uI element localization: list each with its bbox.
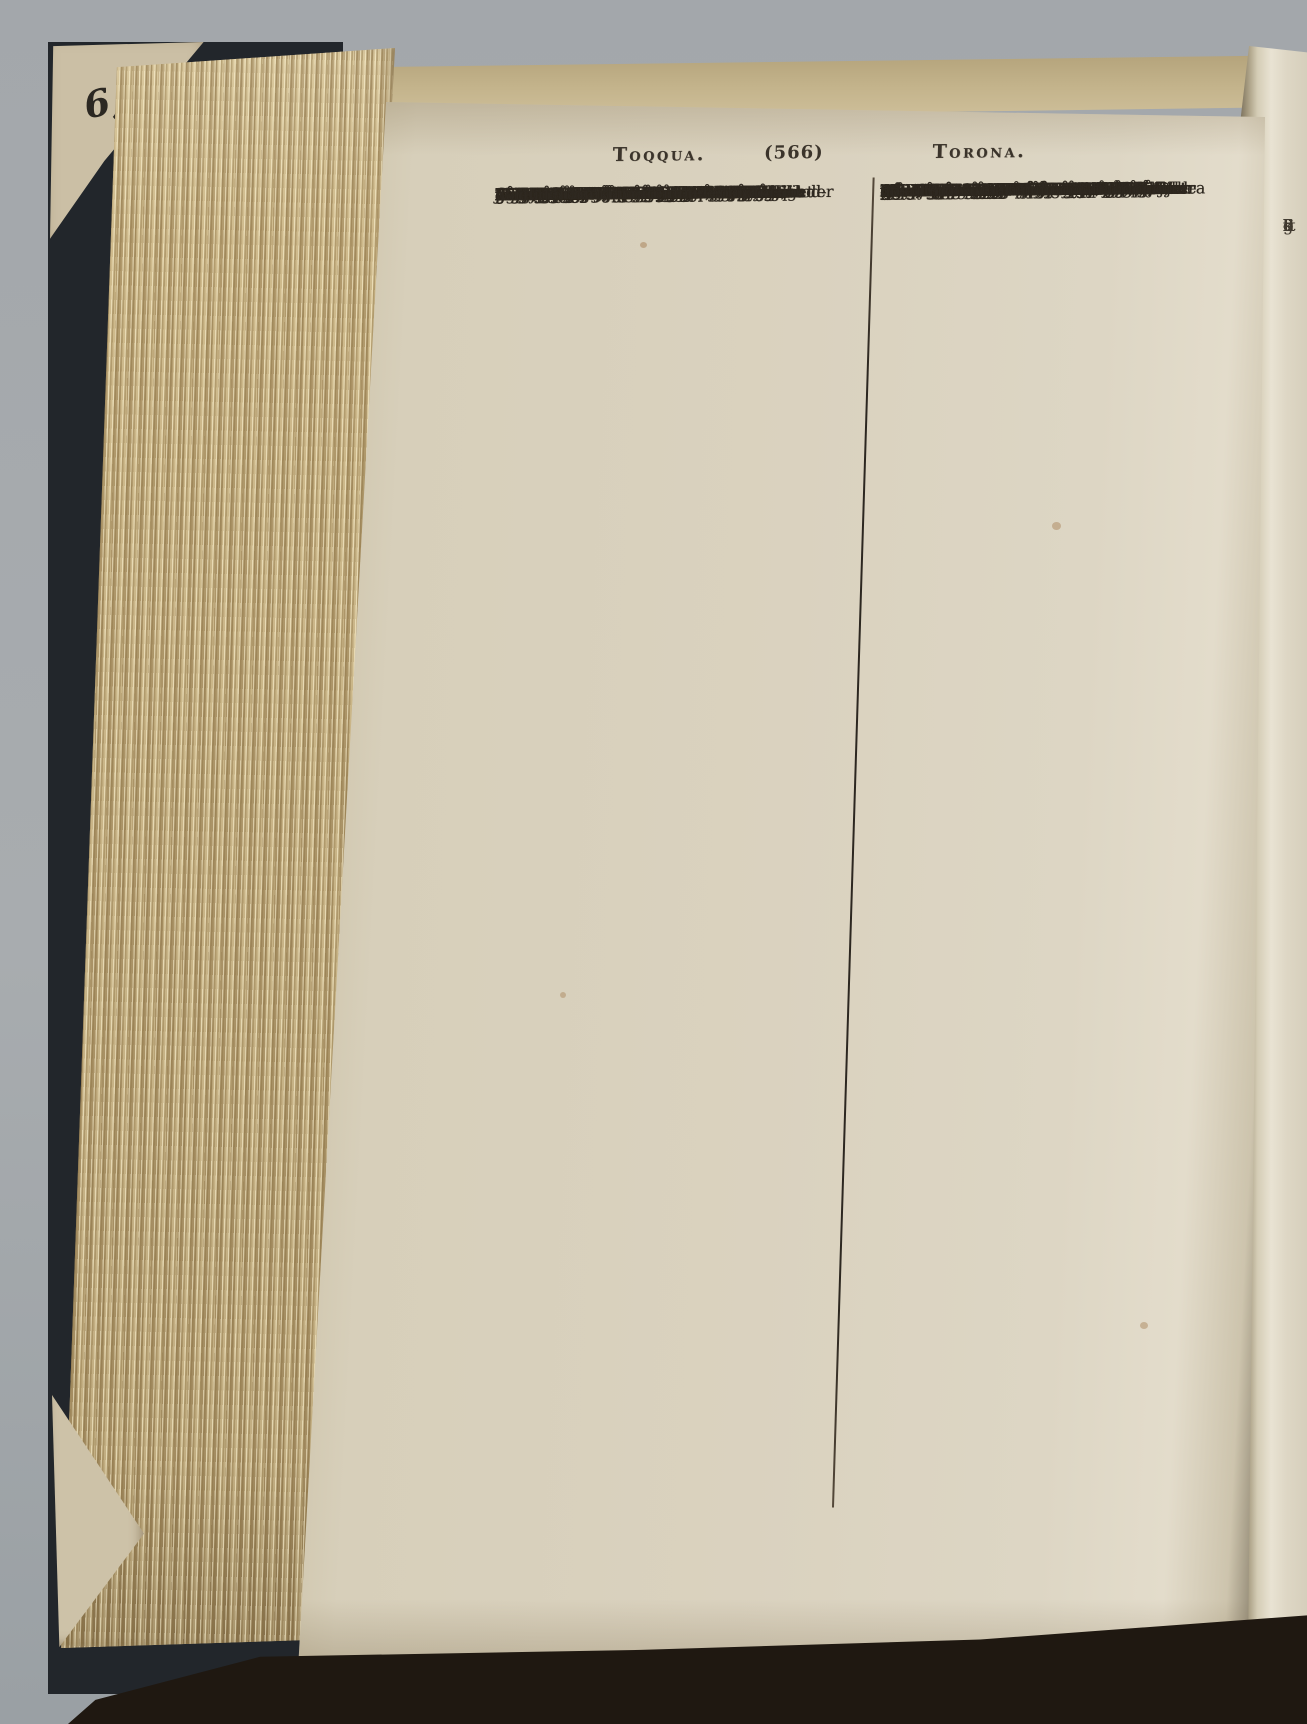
text-line: wanligen omkring templet, och för- — [495, 183, 496, 207]
text-line: hos Turkarne. [Tmolus o. Telegone. — [880, 179, 881, 203]
book-photo: 6, tigſidſthſibtſkeſidlbſtfdſhbtſkedſbtf… — [0, 0, 1307, 1724]
page-number: (566) — [746, 140, 842, 167]
printed-text-block: Toqqua. (566) Torona. ſlagta de menniſko… — [338, 96, 1267, 1684]
header-left-title: Toqqua. — [564, 141, 755, 169]
left-text-column: ſlagta de menniſkor ſom Mexikanerneoffra… — [495, 180, 865, 184]
right-text-column: tjenar ſin föda med at låfſjunga dennery… — [881, 176, 1231, 179]
column-divider-rule — [832, 178, 875, 1508]
next-page-text-fragment: e — [1283, 214, 1292, 238]
header-right-title: Torona. — [884, 138, 1075, 166]
